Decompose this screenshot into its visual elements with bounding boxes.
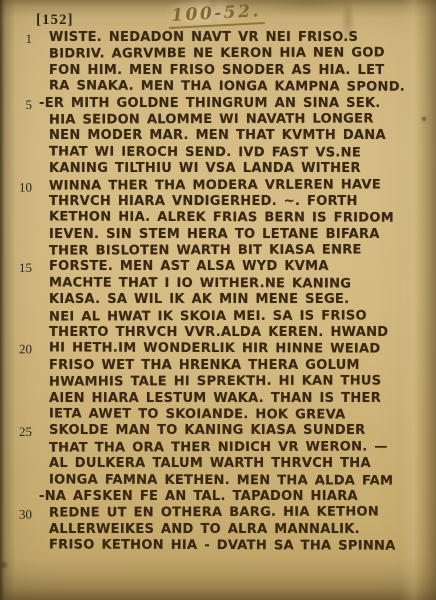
margin-line-number (0, 113, 32, 114)
margin-line-number (0, 144, 32, 145)
manuscript-line: 5-ER MITH GOLDNE THINGRUM AN SINA SEK. (0, 96, 424, 112)
manuscript-line-text: FORSTE. MEN AST ALSA WYD KVMA (49, 259, 329, 275)
manuscript-line-text: -NA AFSKEN FE AN TAL. TAPADON HIARA (39, 489, 358, 505)
manuscript-text-block: 1WISTE. NEDADON NAVT VR NEI FRISO.SBIDRI… (0, 30, 424, 555)
manuscript-line: THERTO THRVCH VVR.ALDA KEREN. HWAND (0, 325, 424, 341)
manuscript-line: THAT THA ORA THER NIDICH VR WERON. — (0, 439, 424, 457)
manuscript-line: KANING TILTHIU WI VSA LANDA WITHER (0, 161, 424, 177)
manuscript-line-text: ALLERWEIKES AND TO ALRA MANNALIK. (49, 522, 360, 538)
manuscript-line-text: RA SNAKA. MEN THA IONGA KAMPNA SPOND. (49, 79, 405, 97)
manuscript-line: RA SNAKA. MEN THA IONGA KAMPNA SPOND. (0, 78, 424, 96)
margin-line-number: 10 (0, 178, 32, 194)
manuscript-line: FON HIM. MEN FRISO SNODER AS HIA. LET (0, 63, 424, 79)
manuscript-line: IETA AWET TO SKOIANDE. HOK GREVA (0, 406, 424, 424)
manuscript-line-text: WINNA THER THA MODERA VRLEREN HAVE (49, 177, 381, 195)
manuscript-line-text: FRISO KETHON HIA - DVATH SA THA SPINNA (49, 538, 396, 556)
margin-line-number (0, 210, 32, 211)
manuscript-line-text: FON HIM. MEN FRISO SNODER AS HIA. LET (49, 63, 384, 79)
margin-line-number (0, 489, 32, 490)
manuscript-line-text: NEN MODER MAR. MEN THAT KVMTH DANA (49, 128, 386, 144)
manuscript-line: THER BISLOTEN WARTH BIT KIASA ENRE (0, 242, 424, 260)
manuscript-line-text: KANING TILTHIU WI VSA LANDA WITHER (49, 161, 361, 177)
manuscript-line: 10WINNA THER THA MODERA VRLEREN HAVE (0, 177, 424, 195)
manuscript-line: BIDRIV. AGRVMBE NE KERON HIA NEN GOD (0, 46, 424, 64)
manuscript-line: FRISO KETHON HIA - DVATH SA THA SPINNA (0, 537, 424, 555)
manuscript-line: THRVCH HIARA VNDIGERHED. ~. FORTH (0, 194, 424, 210)
manuscript-line: -NA AFSKEN FE AN TAL. TAPADON HIARA (0, 489, 424, 505)
printed-page-number: [152] (36, 11, 74, 29)
manuscript-line-text: FRISO WET THA HRENKA THERA GOLUM (49, 358, 360, 374)
manuscript-line: IEVEN. SIN STEM HERA TO LETANE BIFARA (0, 227, 424, 243)
manuscript-line: ALLERWEIKES AND TO ALRA MANNALIK. (0, 522, 424, 538)
margin-line-number: 25 (0, 423, 32, 439)
manuscript-line-text: WISTE. NEDADON NAVT VR NEI FRISO.S (49, 30, 358, 46)
margin-line-number (0, 472, 32, 473)
margin-line-number (0, 406, 32, 407)
margin-line-number (0, 292, 32, 293)
margin-line-number: 30 (0, 506, 32, 522)
manuscript-line: 25SKOLDE MAN TO KANING KIASA SUNDER (0, 423, 424, 439)
manuscript-line-text: THAT THA ORA THER NIDICH VR WERON. — (49, 439, 388, 457)
manuscript-line-text: KIASA. SA WIL IK AK MIN MENE SEGE. (49, 292, 349, 308)
manuscript-line-text: THAT WI IEROCH SEND. IVD FAST VS.NE (49, 144, 361, 161)
manuscript-line-text: BIDRIV. AGRVMBE NE KERON HIA NEN GOD (49, 46, 385, 64)
manuscript-line-text: IONGA FAMNA KETHEN. MEN THA ALDA FAM (49, 472, 393, 490)
manuscript-line-text: AL DULKERA TALUM WARTH THRVCH THA (49, 456, 371, 472)
manuscript-line: 20HI HETH.IM WONDERLIK HIR HINNE WEIAD (0, 341, 424, 359)
manuscript-line-text: HIA SEIDON ALOMME WI NAVATH LONGER (49, 111, 374, 129)
manuscript-line: MACHTE THAT I IO WITHER.NE KANING (0, 275, 424, 293)
margin-line-number (0, 47, 32, 48)
margin-line-number: 1 (0, 30, 32, 46)
manuscript-line: KIASA. SA WIL IK AK MIN MENE SEGE. (0, 292, 424, 308)
handwritten-page-annotation: 100-52. (168, 1, 265, 29)
manuscript-line-text: -ER MITH GOLDNE THINGRUM AN SINA SEK. (39, 96, 381, 112)
margin-line-number: 5 (0, 96, 32, 112)
margin-line-number (0, 537, 32, 538)
manuscript-line-text: THERTO THRVCH VVR.ALDA KEREN. HWAND (49, 325, 388, 341)
manuscript-line-text: REDNE UT EN OTHERA BARG. HIA KETHON (49, 505, 379, 523)
manuscript-line: 15FORSTE. MEN AST ALSA WYD KVMA (0, 259, 424, 275)
manuscript-line: KETHON HIA. ALREK FRIAS BERN IS FRIDOM (0, 210, 424, 228)
manuscript-line-text: NEI AL HWAT IK SKOIA MEI. SA IS FRISO (49, 308, 367, 326)
manuscript-line-text: THRVCH HIARA VNDIGERHED. ~. FORTH (49, 194, 358, 210)
margin-line-number (0, 275, 32, 276)
manuscript-line-text: MACHTE THAT I IO WITHER.NE KANING (49, 275, 351, 292)
margin-line-number: 20 (0, 341, 32, 357)
margin-line-number (0, 161, 32, 162)
manuscript-line-text: IETA AWET TO SKOIANDE. HOK GREVA (49, 406, 346, 423)
manuscript-line: 1WISTE. NEDADON NAVT VR NEI FRISO.S (0, 30, 424, 46)
manuscript-line: IONGA FAMNA KETHEN. MEN THA ALDA FAM (0, 472, 424, 490)
manuscript-line: HWAMHIS TALE HI SPREKTH. HI KAN THUS (0, 373, 424, 391)
manuscript-line-text: HWAMHIS TALE HI SPREKTH. HI KAN THUS (49, 374, 381, 392)
manuscript-line: HIA SEIDON ALOMME WI NAVATH LONGER (0, 111, 424, 129)
manuscript-line-text: THER BISLOTEN WARTH BIT KIASA ENRE (49, 243, 362, 260)
margin-line-number (0, 358, 32, 359)
margin-line-number (0, 309, 32, 310)
manuscript-line-text: SKOLDE MAN TO KANING KIASA SUNDER (49, 423, 365, 439)
margin-line-number (0, 440, 32, 441)
manuscript-line: THAT WI IEROCH SEND. IVD FAST VS.NE (0, 144, 424, 162)
manuscript-line: FRISO WET THA HRENKA THERA GOLUM (0, 358, 424, 374)
margin-line-number: 15 (0, 259, 32, 275)
margin-line-number (0, 78, 32, 79)
manuscript-line: AL DULKERA TALUM WARTH THRVCH THA (0, 456, 424, 472)
manuscript-line: 30REDNE UT EN OTHERA BARG. HIA KETHON (0, 505, 424, 523)
manuscript-line: AIEN HIARA LESTUM WAKA. THAN IS THER (0, 391, 424, 407)
manuscript-page: [152] 100-52. 1WISTE. NEDADON NAVT VR NE… (0, 0, 436, 600)
margin-line-number (0, 227, 32, 228)
manuscript-line-text: KETHON HIA. ALREK FRIAS BERN IS FRIDOM (49, 210, 394, 228)
margin-line-number (0, 375, 32, 376)
margin-line-number (0, 244, 32, 245)
manuscript-line-text: AIEN HIARA LESTUM WAKA. THAN IS THER (49, 391, 381, 407)
manuscript-line-text: HI HETH.IM WONDERLIK HIR HINNE WEIAD (49, 341, 381, 359)
manuscript-line: NEN MODER MAR. MEN THAT KVMTH DANA (0, 128, 424, 144)
manuscript-line: NEI AL HWAT IK SKOIA MEI. SA IS FRISO (0, 308, 424, 326)
manuscript-line-text: IEVEN. SIN STEM HERA TO LETANE BIFARA (49, 227, 380, 243)
